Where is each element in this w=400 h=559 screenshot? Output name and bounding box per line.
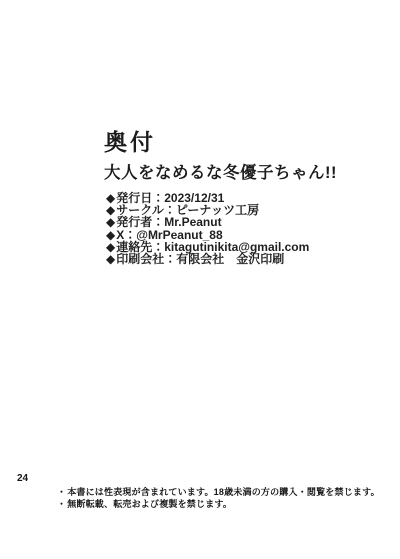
book-title: 大人をなめるな冬優子ちゃん!! [104,162,337,184]
dot-bullet-icon: ・ [57,499,66,511]
footer-notice-no-reproduction: ・無断転載、転売および複製を禁じます。 [57,499,380,511]
colophon-item-text: 印刷会社：有限会社 金沢印刷 [116,252,284,266]
diamond-bullet-icon: ◆ [106,216,115,228]
page-number: 24 [17,473,28,484]
diamond-bullet-icon: ◆ [106,253,115,265]
dot-bullet-icon: ・ [57,487,66,499]
page-heading: 奥付 [104,128,156,156]
footer-notice-text: 本書には性表現が含まれています。18歳未満の方の購入・閲覧を禁じます。 [67,487,380,497]
colophon-list: ◆発行日：2023/12/31 ◆サークル：ピーナッツ工房 ◆発行者：Mr.Pe… [106,192,309,265]
colophon-item-printer: ◆印刷会社：有限会社 金沢印刷 [106,253,309,265]
colophon-page: 奥付 大人をなめるな冬優子ちゃん!! ◆発行日：2023/12/31 ◆サークル… [0,0,400,559]
footer-notice-adult-warning: ・本書には性表現が含まれています。18歳未満の方の購入・閲覧を禁じます。 [57,487,380,499]
footer-notices: ・本書には性表現が含まれています。18歳未満の方の購入・閲覧を禁じます。 ・無断… [57,487,380,510]
diamond-bullet-icon: ◆ [106,229,115,241]
footer-notice-text: 無断転載、転売および複製を禁じます。 [67,499,232,509]
